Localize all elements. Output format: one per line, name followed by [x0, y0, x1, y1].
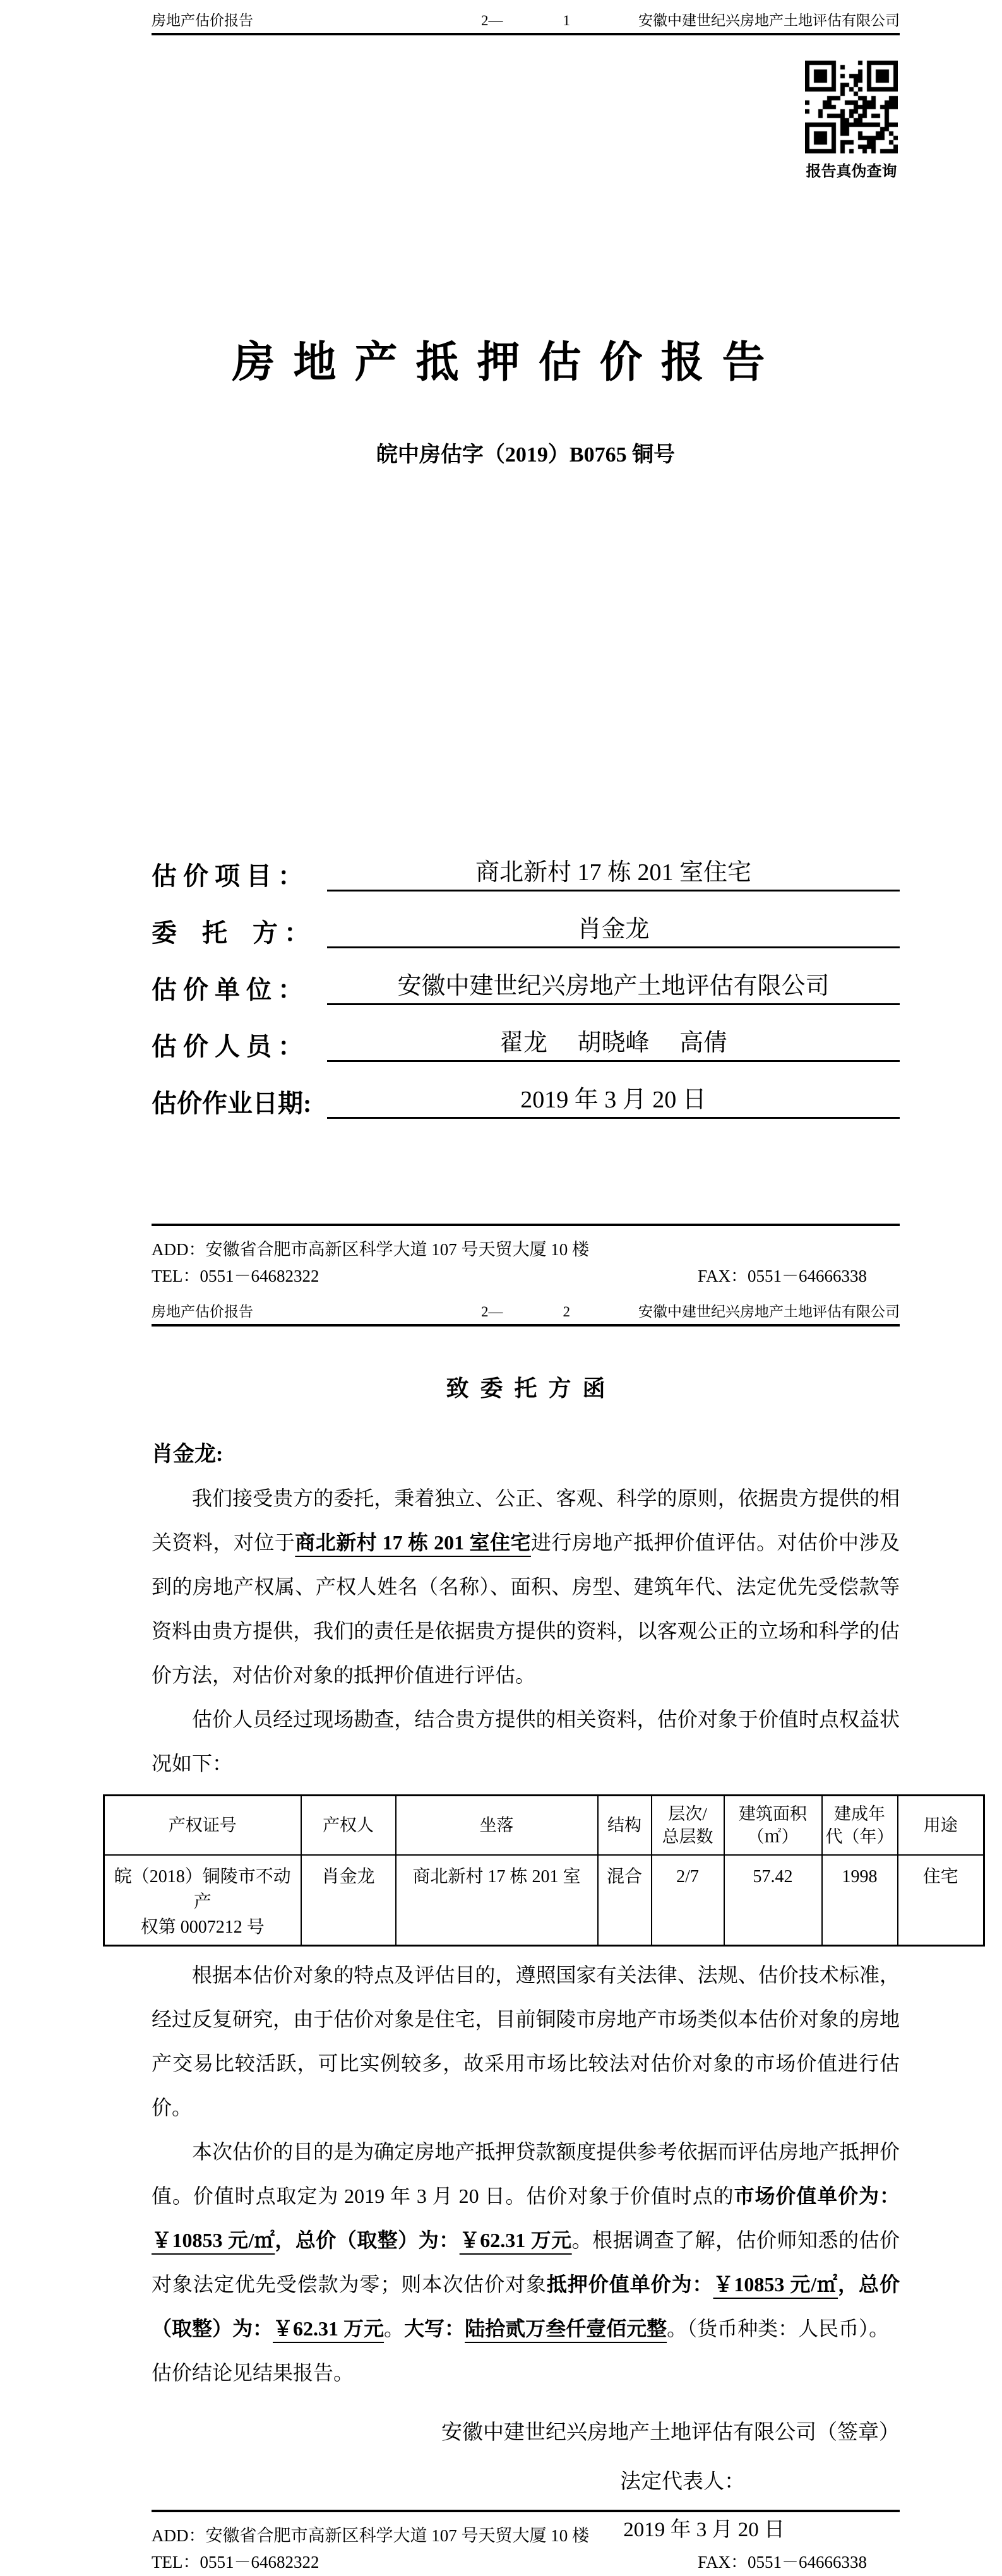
table-cell: 皖（2018）铜陵市不动产 权第 0007212 号: [104, 1855, 301, 1946]
footer-fax: FAX：0551－64666338: [698, 1262, 900, 1287]
header-page-number: 1: [563, 13, 571, 29]
footer-rule: [152, 2510, 900, 2512]
table-cell: 混合: [598, 1855, 652, 1946]
table-header-cell: 建成年 代（年）: [822, 1796, 898, 1856]
text-segment: 市场价值单价为：: [734, 2185, 900, 2207]
table-header-row: 产权证号产权人坐落结构层次/ 总层数建筑面积 （㎡）建成年 代（年）用途: [104, 1796, 984, 1856]
field-row-agency: 估 价 单 位 ： 安徽中建世纪兴房地产土地评估有限公司: [152, 948, 900, 1005]
field-label-client: 委 托 方 ：: [152, 918, 327, 948]
qr-block: 报告真伪查询: [805, 61, 898, 181]
text-segment: ￥10853 元/㎡: [152, 2229, 275, 2251]
table-cell: 肖金龙: [301, 1855, 396, 1946]
page-header: 房地产估价报告 2—1 安徽中建世纪兴房地产土地评估有限公司: [152, 9, 900, 30]
header-report-type: 房地产估价报告: [152, 9, 481, 30]
table-cell: 2/7: [652, 1855, 724, 1946]
footer-fax: FAX：0551－64666338: [698, 2548, 900, 2573]
field-row-date: 估价作业日期: 2019 年 3 月 20 日: [152, 1062, 900, 1119]
field-label-project: 估 价 项 目 ：: [152, 861, 327, 891]
table-header-cell: 坐落: [396, 1796, 598, 1856]
paragraph-method: 根据本估价对象的特点及评估目的，遵照国家有关法律、法规、估价技术标准，经过反复研…: [152, 1953, 900, 2130]
header-report-type: 房地产估价报告: [152, 1300, 481, 1321]
appraisal-report-document: { "doc": { "header": { "left": "房地产估价报告"…: [0, 0, 1002, 2576]
paragraph-conclusion-ref: 估价结论见结果报告。: [152, 2351, 900, 2395]
field-label-agency: 估 价 单 位 ：: [152, 975, 327, 1005]
text-segment: 大写：: [404, 2317, 465, 2340]
signature-legal-representative: 法定代表人：: [152, 2469, 900, 2495]
report-document-number: 皖中房估字（2019）B0765 铜号: [152, 437, 900, 468]
footer-contact: TEL：0551－64682322 FAX：0551－64666338: [152, 2548, 900, 2573]
qr-code: [805, 61, 898, 153]
text-segment: （取整）为：: [152, 2317, 273, 2340]
field-value-date: 2019 年 3 月 20 日: [327, 1085, 900, 1119]
header-company-name: 安徽中建世纪兴房地产土地评估有限公司: [570, 9, 900, 30]
report-title: 房 地 产 抵 押 估 价 报 告: [76, 328, 925, 390]
signature-company: 安徽中建世纪兴房地产土地评估有限公司（签章）: [152, 2420, 900, 2445]
text-segment: 陆拾贰万叁仟壹佰元整: [465, 2317, 667, 2340]
letter-salutation: 肖金龙:: [152, 1436, 900, 1467]
header-page-prefix: 2—: [481, 1304, 503, 1320]
paragraph-inspection: 估价人员经过现场勘查，结合贵方提供的相关资料，估价对象于价值时点权益状况如下：: [152, 1697, 900, 1786]
table-header-cell: 产权证号: [104, 1796, 301, 1856]
footer-tel: TEL：0551－64682322: [152, 1262, 319, 1287]
paragraph-engagement: 我们接受贵方的委托，秉着独立、公正、客观、科学的原则，依据贵方提供的相关资料，对…: [152, 1476, 900, 1697]
footer-address: ADD：安徽省合肥市高新区科学大道 107 号天贸大厦 10 楼: [152, 2522, 900, 2546]
footer-tel: TEL：0551－64682322: [152, 2548, 319, 2573]
qr-caption: 报告真伪查询: [805, 158, 898, 181]
field-row-client: 委 托 方 ： 肖金龙: [152, 891, 900, 948]
letter-body: 我们接受贵方的委托，秉着独立、公正、客观、科学的原则，依据贵方提供的相关资料，对…: [152, 1476, 900, 2543]
field-value-client: 肖金龙: [327, 915, 900, 948]
header-company-name: 安徽中建世纪兴房地产土地评估有限公司: [570, 1300, 900, 1321]
text-segment: 抵押价值单价为：: [547, 2273, 713, 2296]
text-segment: 。（货币种类：人民币）。: [667, 2317, 889, 2340]
text-segment: 进行房地产抵押价值评估。对估价中涉及到的房地产权属、产权人姓名（名称）、面积、房…: [152, 1531, 900, 1686]
table-cell: 商北新村 17 栋 201 室: [396, 1855, 598, 1946]
table-header-cell: 结构: [598, 1796, 652, 1856]
property-table: 产权证号产权人坐落结构层次/ 总层数建筑面积 （㎡）建成年 代（年）用途 皖（2…: [103, 1794, 985, 1947]
property-table-wrap: 产权证号产权人坐落结构层次/ 总层数建筑面积 （㎡）建成年 代（年）用途 皖（2…: [103, 1794, 983, 1947]
text-segment: ￥10853 元/㎡: [713, 2273, 838, 2296]
header-rule: [152, 33, 900, 35]
letter-page: 房地产估价报告 2—2 安徽中建世纪兴房地产土地评估有限公司 致 委 托 方 函…: [0, 1291, 1002, 2576]
field-row-project: 估 价 项 目 ： 商北新村 17 栋 201 室住宅: [152, 835, 900, 891]
text-segment: ￥62.31 万元: [460, 2229, 572, 2251]
field-label-date: 估价作业日期:: [152, 1088, 327, 1119]
table-cell: 住宅: [898, 1855, 984, 1946]
text-segment: 。: [384, 2317, 404, 2340]
text-segment: ，总价（取整）为：: [275, 2229, 459, 2251]
table-cell: 57.42: [724, 1855, 822, 1946]
table-header-cell: 用途: [898, 1796, 984, 1856]
footer-address: ADD：安徽省合肥市高新区科学大道 107 号天贸大厦 10 楼: [152, 1236, 900, 1260]
table-header-cell: 层次/ 总层数: [652, 1796, 724, 1856]
text-segment: ￥62.31 万元: [273, 2317, 384, 2340]
field-row-appraisers: 估 价 人 员 ： 翟龙 胡晓峰 高倩: [152, 1005, 900, 1062]
table-cell: 1998: [822, 1855, 898, 1946]
table-header-cell: 产权人: [301, 1796, 396, 1856]
header-page-indicator: 2—1: [481, 13, 570, 29]
field-value-project: 商北新村 17 栋 201 室住宅: [327, 858, 900, 891]
report-cover-page: 房地产估价报告 2—1 安徽中建世纪兴房地产土地评估有限公司 报告真伪查询 房 …: [0, 0, 1002, 1291]
text-segment: 商北新村 17 栋 201 室住宅: [295, 1531, 531, 1554]
field-value-appraisers: 翟龙 胡晓峰 高倩: [327, 1029, 900, 1062]
table-data-row: 皖（2018）铜陵市不动产 权第 0007212 号肖金龙商北新村 17 栋 2…: [104, 1855, 984, 1946]
text-segment: ，总价: [838, 2273, 900, 2296]
field-label-appraisers: 估 价 人 员 ：: [152, 1032, 327, 1062]
header-page-indicator: 2—2: [481, 1304, 570, 1320]
header-page-prefix: 2—: [481, 13, 503, 29]
footer-contact: TEL：0551－64682322 FAX：0551－64666338: [152, 1262, 900, 1287]
paragraph-valuation: 本次估价的目的是为确定房地产抵押贷款额度提供参考依据而评估房地产抵押价值。价值时…: [152, 2130, 900, 2351]
header-page-number: 2: [563, 1304, 571, 1320]
page-header: 房地产估价报告 2—2 安徽中建世纪兴房地产土地评估有限公司: [152, 1300, 900, 1321]
field-value-agency: 安徽中建世纪兴房地产土地评估有限公司: [327, 972, 900, 1005]
footer-rule: [152, 1224, 900, 1226]
table-header-cell: 建筑面积 （㎡）: [724, 1796, 822, 1856]
letter-title: 致 委 托 方 函: [152, 1371, 900, 1403]
cover-fields: 估 价 项 目 ： 商北新村 17 栋 201 室住宅 委 托 方 ： 肖金龙 …: [152, 835, 900, 1119]
header-rule: [152, 1324, 900, 1327]
